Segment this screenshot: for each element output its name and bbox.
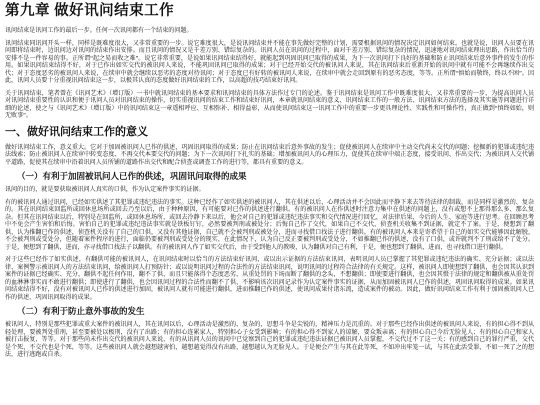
- intro-paragraph-1: 讯问结束是讯问工作的最后一步。任何一次讯问都有一个结束的问题。: [5, 28, 534, 36]
- chapter-title: 第九章 做好讯问结束工作: [5, 3, 534, 19]
- document-page: 第九章 做好讯问结束工作 讯问结束是讯问工作的最后一步。任何一次讯问都有一个结束…: [0, 0, 540, 405]
- intro-paragraph-2: 讯问结束同讯问开头一样，同样是既难度很大，又非常重要的一步。说它难度很大，是说讯…: [5, 41, 534, 86]
- subsection-1-paragraph-2: 有的被讯问人通过讯问，已经如实供述了其犯罪或违纪违法的事实。这种已经作了如实供述…: [5, 200, 534, 253]
- subsection-2-heading: （二）有利于防止意外事故的发生: [17, 307, 534, 316]
- section-1-lead-paragraph: 做好讯问结束工作，意义重大。它对于加固被讯问人已作的供述、巩固讯问取得的成果；防…: [5, 145, 534, 168]
- subsection-1-paragraph-3: 对于这些已经作了如实供述，有翻供可能的被讯问人，在讯问结束时以恰当的方法结束好讯…: [5, 257, 534, 302]
- subsection-1-paragraph-1: 讯问的目的，就是要获取被讯问人真实的口供，作为认定案件事实的证据。: [5, 187, 534, 195]
- subsection-1-heading: （一）有利于加固被讯问人已作的供述，巩固讯问取得的成果: [17, 172, 534, 181]
- subsection-2-paragraph-1: 被讯问人，特别是那些犯罪或重大案件的被讯问人，其在讯问以后，心理活动是激烈的、复…: [5, 322, 534, 360]
- section-1-heading: 一、做好讯问结束工作的意义: [5, 126, 534, 138]
- intro-paragraph-3: 关于讯问结束，笔者曾在《讯问艺术》（增订版）一书中就讯问结束的基本要求和讯问结束…: [5, 91, 534, 121]
